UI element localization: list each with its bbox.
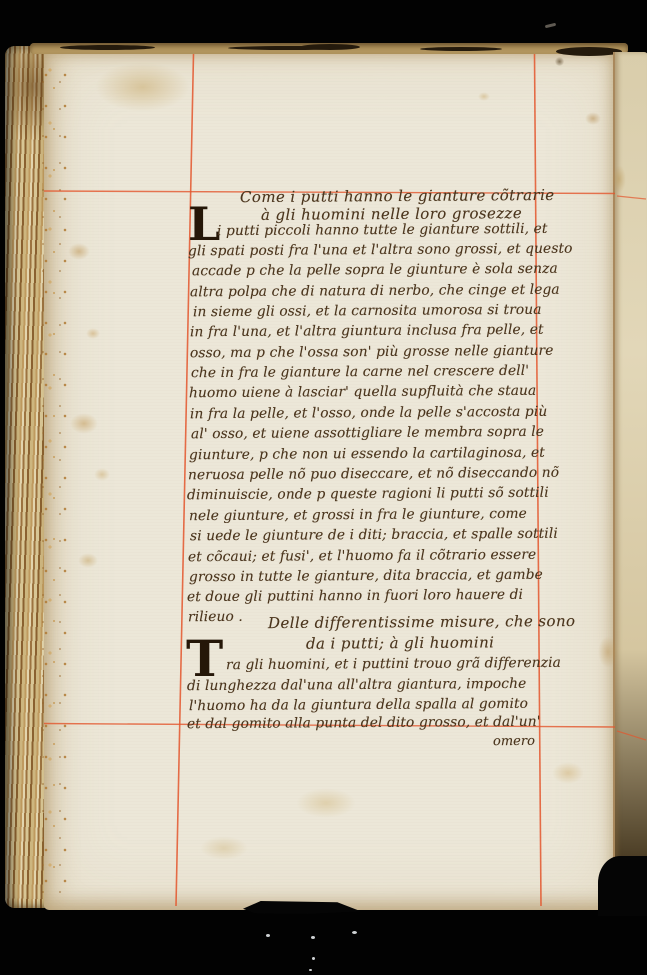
body-line: accade p che la pelle sopra le giunture … <box>192 261 558 281</box>
body-line: altra polpa che di natura di nerbo, che … <box>190 282 560 302</box>
body-line: et cõcaui; et fusi', et l'huomo fa il cõ… <box>188 547 536 566</box>
body-line: nele giunture, et grossi in fra le giunt… <box>189 506 527 525</box>
manuscript-photo: Come i putti hanno le gianture cõtrarie … <box>0 0 647 975</box>
body-line: giunture, p che non ui essendo la cartil… <box>189 445 545 464</box>
margin-rule-bottom-fore-edge <box>617 731 646 740</box>
drop-cap-L: L <box>188 205 220 244</box>
body-line: in fra la pelle, et l'osso, onde la pell… <box>190 404 547 423</box>
body-line: di lunghezza dal'una all'altra giantura,… <box>187 676 526 695</box>
margin-rule-top-fore-edge <box>617 196 646 199</box>
body-line: diminuiscie, onde p queste ragioni li pu… <box>187 485 549 505</box>
body-line: i putti piccoli hanno tutte le gianture … <box>217 221 548 240</box>
body-line: huomo uiene à lasciar' quella supfluità … <box>189 383 536 402</box>
section2-heading-line1: Delle differentissime misure, che sono <box>268 612 576 632</box>
clasp-glint <box>312 957 315 960</box>
section1-heading-line1: Come i putti hanno le gianture cõtrarie <box>240 186 555 206</box>
clasp-glint <box>266 934 270 937</box>
body-line: si uede le giunture de i diti; braccia, … <box>190 526 558 546</box>
catchword: omero <box>493 734 535 749</box>
body-line: et doue gli puttini hanno in fuori loro … <box>187 587 523 606</box>
body-line: et dal gomito alla punta del dito grosso… <box>187 714 541 733</box>
body-line: che in fra le gianture la carne nel cres… <box>191 363 529 382</box>
body-line: rilieuo . <box>188 609 243 626</box>
clasp-glint <box>309 969 312 971</box>
body-line: gli spati posti fra l'una et l'altra son… <box>188 241 573 261</box>
body-line: in fra l'una, et l'altra giuntura inclus… <box>190 322 544 341</box>
body-line: neruosa pelle nõ puo diseccare, et nõ di… <box>188 465 559 485</box>
body-line: grosso in tutte le gianture, dita bracci… <box>189 567 543 586</box>
section2-heading-line2: da i putti; à gli huomini <box>306 633 494 652</box>
drop-cap-T: T <box>186 638 223 681</box>
body-line: al' osso, et uiene assottigliare le memb… <box>191 424 544 443</box>
clasp-glint <box>311 936 315 939</box>
body-line: l'huomo ha da la giuntura della spalla a… <box>189 696 528 715</box>
body-line: ra gli huomini, et i puttini trouo grã d… <box>226 655 561 674</box>
clasp-glint <box>352 931 357 934</box>
body-line: in sieme gli ossi, et la carnosita umoro… <box>193 302 542 321</box>
body-line: osso, ma p che l'ossa son' più grosse ne… <box>190 343 554 363</box>
